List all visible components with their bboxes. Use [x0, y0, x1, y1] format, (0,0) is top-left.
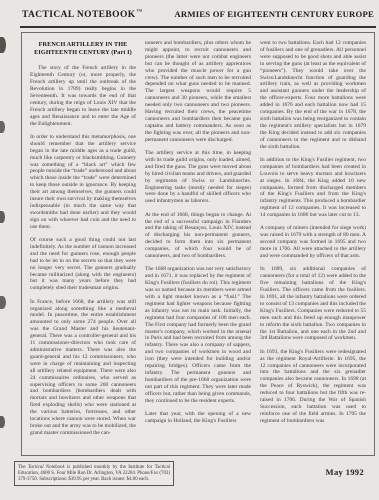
- column-1: FRENCH ARTILLERY IN THE EIGHTEENTH CENTU…: [30, 40, 136, 451]
- trademark-symbol: ™: [137, 9, 143, 15]
- binding-mark: [0, 121, 5, 133]
- article-title-line1: FRENCH ARTILLERY IN THE: [33, 41, 133, 49]
- publication-title: TACTICAL NOTEBOOK™: [22, 9, 142, 20]
- paragraph: At the end of 1668, things began to chan…: [145, 212, 251, 260]
- scanned-newsletter-page: { "header": { "left": "TACTICAL NOTEBOOK…: [0, 0, 379, 500]
- paragraph: went to two battalions. Each had 12 comp…: [260, 40, 366, 151]
- paragraph: In 1689, six additional companies of can…: [260, 266, 366, 342]
- article-box: FRENCH ARTILLERY IN THE EIGHTEENTH CENTU…: [21, 32, 375, 456]
- issue-date: May 1992: [326, 467, 364, 477]
- imprint-text-pre: The: [18, 465, 28, 470]
- masthead: TACTICAL NOTEBOOK™ ARMIES OF EIGHTEENTH …: [22, 9, 374, 20]
- paragraph: A company of miners (intended for siege …: [260, 225, 366, 260]
- paragraph: The 1668 organization was not very satis…: [145, 266, 251, 404]
- paragraph: In order to understand this metamorphosi…: [30, 134, 136, 231]
- paragraph: The story of the French artillery in the…: [30, 65, 136, 127]
- paragraph: In France, before 1668, the artillery wa…: [30, 299, 136, 437]
- imprint-box: The Tactical Notebook is published month…: [14, 461, 174, 486]
- paragraph: In 1693, the King's Fusiliers were redes…: [260, 349, 366, 425]
- paragraph: Later that year, with the opening of a n…: [145, 411, 251, 425]
- paragraph: noneers and bombardiers, plus others who…: [145, 40, 251, 144]
- paragraph: Of course such a good thing could not la…: [30, 237, 136, 292]
- column-3: went to two battalions. Each had 12 comp…: [260, 40, 366, 451]
- binding-mark: [0, 296, 6, 309]
- binding-mark: [0, 211, 5, 223]
- paragraph: The artillery service at this time, in k…: [145, 150, 251, 205]
- article-title: FRENCH ARTILLERY IN THE EIGHTEENTH CENTU…: [33, 41, 133, 57]
- article-columns: FRENCH ARTILLERY IN THE EIGHTEENTH CENTU…: [30, 40, 366, 451]
- binding-mark: [0, 416, 5, 428]
- publication-title-text: TACTICAL NOTEBOOK: [22, 10, 136, 20]
- binding-mark: [0, 37, 6, 53]
- series-title: ARMIES OF EIGHTEENTH CENTURY EUROPE: [174, 9, 374, 19]
- paragraph: In addition to the King's Fusilier regim…: [260, 157, 366, 219]
- article-title-line2: EIGHTEENTH CENTURY (Part I): [33, 49, 133, 57]
- masthead-divider: [20, 26, 376, 28]
- imprint-publication-name: Tactical Notebook: [28, 465, 65, 470]
- column-2: noneers and bombardiers, plus others who…: [145, 40, 251, 451]
